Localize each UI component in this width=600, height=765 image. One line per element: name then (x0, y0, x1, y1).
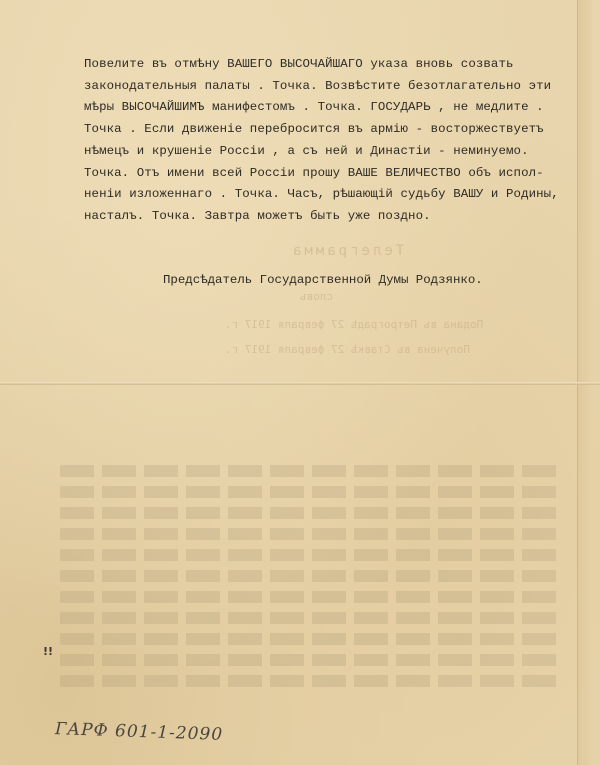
paper-fold (0, 382, 600, 385)
body-line: Точка. Отъ имени всей Россіи прошу ВАШЕ … (84, 163, 554, 185)
body-line: насталъ. Точка. Завтра можетъ быть уже п… (84, 206, 554, 228)
body-line: Повелите въ отмѣну ВАШЕГО ВЫСОЧАЙШАГО ук… (84, 54, 554, 76)
body-line: законодательныя палаты . Точка. Возвѣсти… (84, 76, 554, 98)
body-line: нѣмецъ и крушеніе Россіи , а съ ней и Ди… (84, 141, 554, 163)
bleed-through-row-2: Получена въ Ставкѣ 27 февраля 1917 г. (225, 343, 470, 356)
bleed-through-row-1: Подана въ Петроградѣ 27 февраля 1917 г. (225, 318, 483, 331)
body-line: мѣры ВЫСОЧАЙШИМЪ манифестомъ . Точка. ГО… (84, 97, 554, 119)
signature-line: Предсѣдатель Государственной Думы Родзян… (163, 273, 483, 287)
bleed-through-heading: Телеграмма (290, 243, 404, 259)
bleed-through-subheading: словъ (300, 290, 333, 303)
handwritten-mark: !! (43, 645, 53, 658)
body-line: Точка . Если движеніе перебросится въ ар… (84, 119, 554, 141)
telegram-body: Повелите въ отмѣну ВАШЕГО ВЫСОЧАЙШАГО ук… (84, 54, 554, 228)
body-line: неніи изложеннаго . Точка. Часъ, рѣшающі… (84, 184, 554, 206)
bleed-through-text (60, 465, 560, 696)
